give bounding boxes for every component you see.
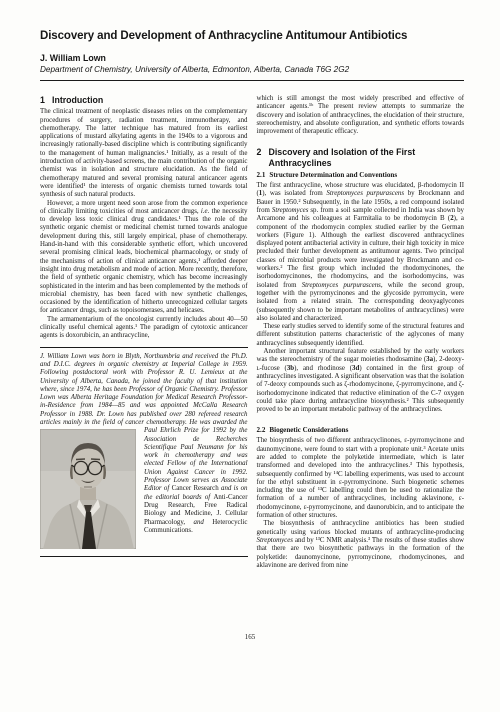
author-portrait-photo <box>40 429 136 549</box>
section-title: Introduction <box>52 95 103 105</box>
biography-text-part2: Paul Ehrlich Prize for 1992 by the Assoc… <box>144 427 248 534</box>
intro-paragraph-2: However, a more urgent need soon arose f… <box>40 200 248 316</box>
subsection-title: Structure Determination and Conventions <box>269 171 397 180</box>
section-title: Discovery and Isolation of the First Ant… <box>269 147 465 168</box>
page-number: 165 <box>0 633 500 641</box>
author-name: J. William Lown <box>40 53 464 63</box>
subsection-number: 2.2 <box>257 426 266 435</box>
section-1-heading: 1 Introduction <box>40 95 248 105</box>
journal-article-page: Discovery and Development of Anthracycli… <box>0 0 500 712</box>
section-2-1-paragraph-1: The first anthracycline, whose structure… <box>257 182 465 323</box>
author-biography-box: J. William Lown was born in Blyth, North… <box>40 347 248 558</box>
section-2-heading: 2 Discovery and Isolation of the First A… <box>257 147 465 168</box>
subsection-title: Biogenetic Considerations <box>269 426 348 435</box>
page-title: Discovery and Development of Anthracycli… <box>40 30 464 42</box>
two-column-body: 1 Introduction The clinical treatment of… <box>40 95 464 570</box>
intro-paragraph-1: The clinical treatment of neoplastic dis… <box>40 108 248 199</box>
subsection-2-2-heading: 2.2 Biogenetic Considerations <box>257 426 465 435</box>
section-2-2-paragraph-2: The biosynthesis of anthracycline antibi… <box>257 520 465 570</box>
portrait-photo-graphic <box>40 429 136 549</box>
intro-paragraph-3: The armamentarium of the oncologist curr… <box>40 316 248 341</box>
subsection-2-1-heading: 2.1 Structure Determination and Conventi… <box>257 171 465 180</box>
right-column: which is still amongst the most widely p… <box>257 95 465 570</box>
continuation-paragraph: which is still amongst the most widely p… <box>257 95 465 136</box>
section-2-1-paragraph-3: Another important structural feature est… <box>257 348 465 414</box>
subsection-number: 2.1 <box>257 171 266 180</box>
section-2-2-paragraph-1: The biosynthesis of two different anthra… <box>257 437 465 520</box>
biography-text-part1: J. William Lown was born in Blyth, North… <box>40 353 248 426</box>
left-column: 1 Introduction The clinical treatment of… <box>40 95 248 570</box>
section-2-1-paragraph-2: These early studies served to identify s… <box>257 323 465 348</box>
section-number: 1 <box>40 95 52 105</box>
header-rule <box>40 80 464 81</box>
author-affiliation: Department of Chemistry, University of A… <box>40 65 464 74</box>
section-number: 2 <box>257 147 269 168</box>
